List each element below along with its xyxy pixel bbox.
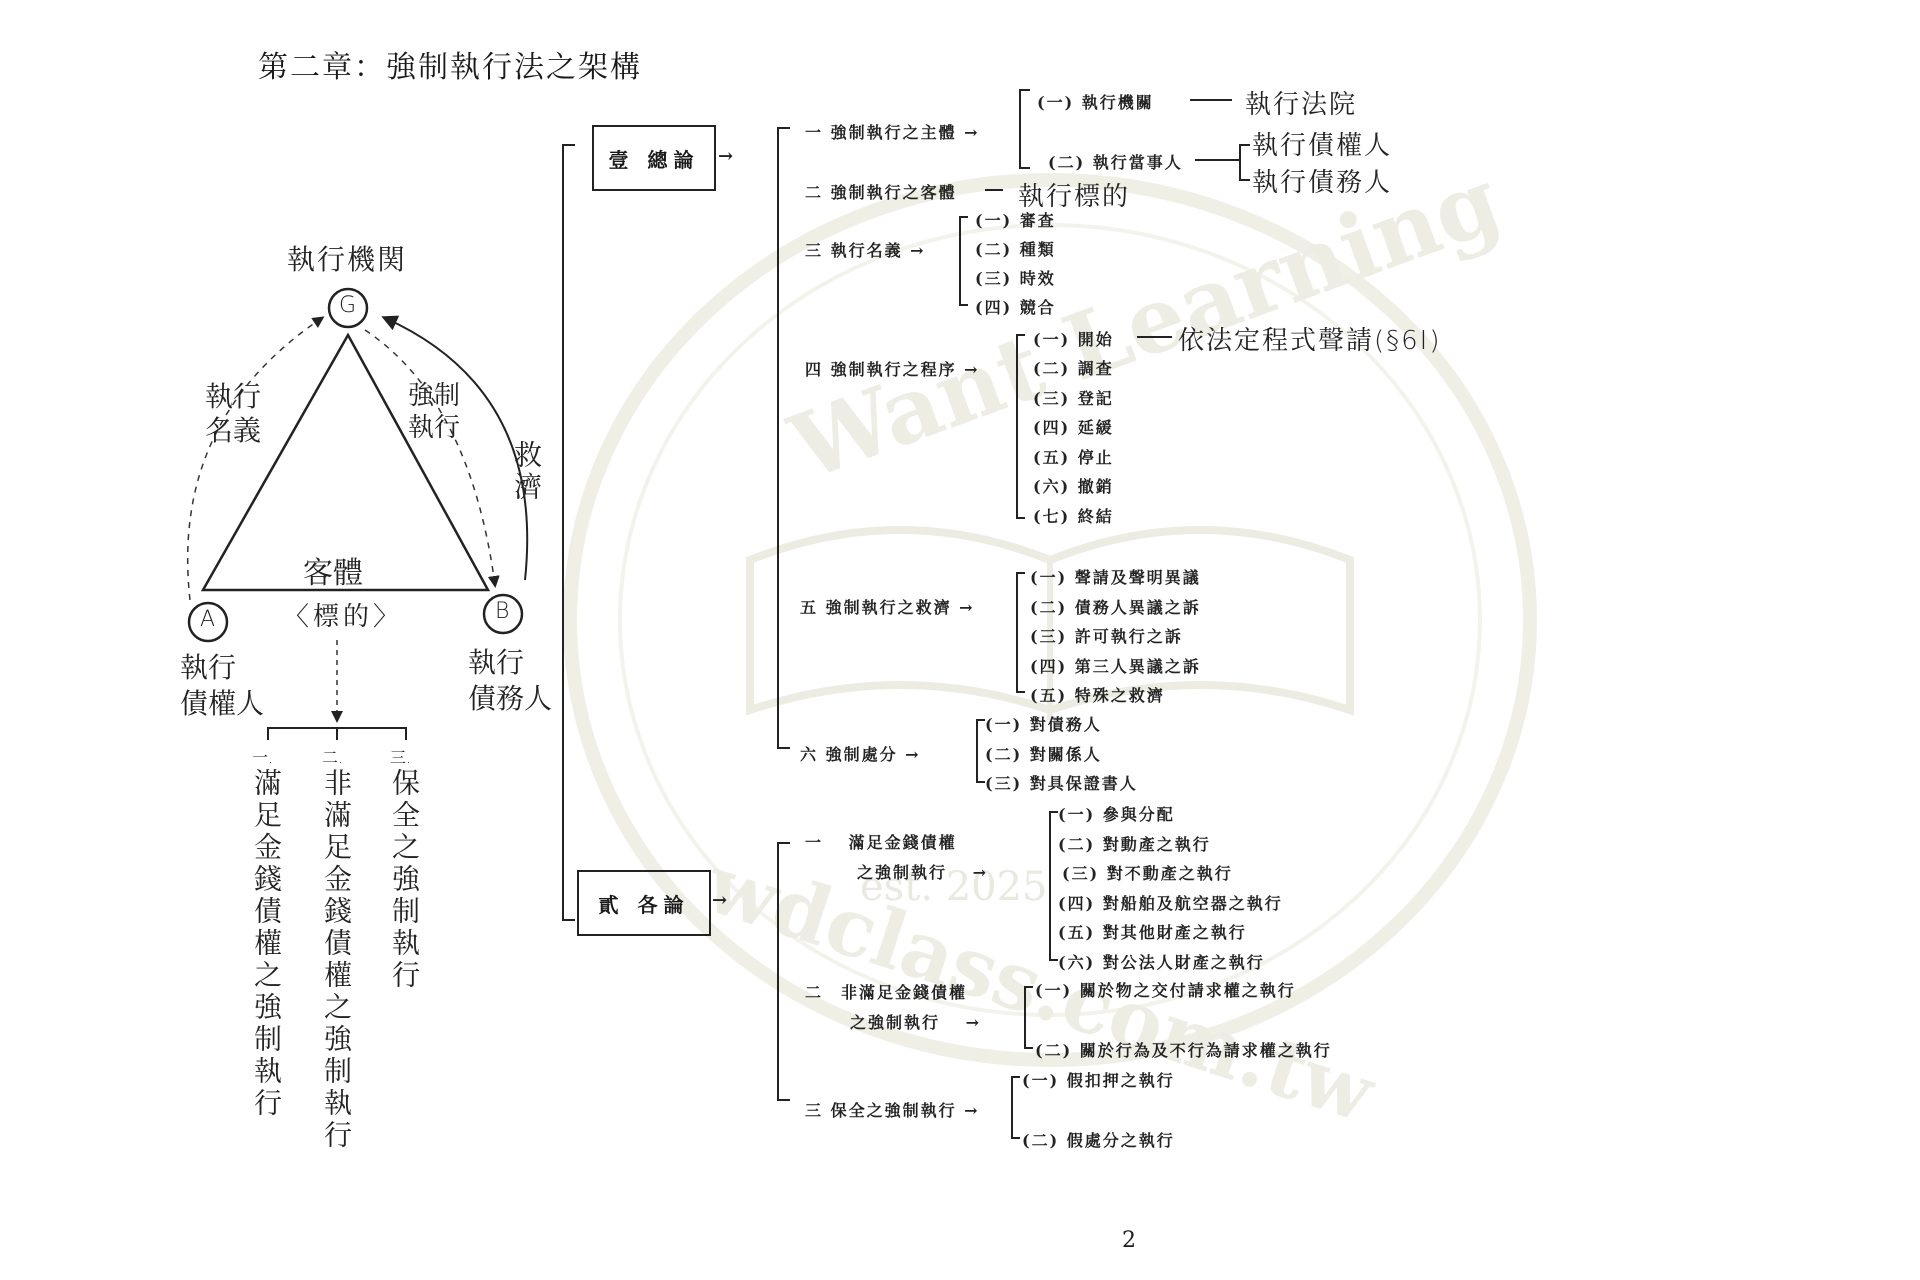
part1-general-box: 壹 總論 — [592, 125, 716, 191]
monetary-item-3: (三) 對不動產之執行 — [1062, 861, 1233, 884]
procedure-item-4: (四) 延緩 — [1033, 415, 1114, 438]
subject-item-agency: (一) 執行機關 — [1037, 90, 1154, 113]
disposition-item-1: (一) 對債務人 — [985, 712, 1102, 735]
non-monetary-item-2: (二) 關於行為及不行為請求權之執行 — [1035, 1038, 1332, 1061]
monetary-item-4: (四) 對船舶及航空器之執行 — [1058, 891, 1283, 914]
relief-item-5: (五) 特殊之救濟 — [1030, 683, 1165, 706]
part2-specific-box: 貳 各論 — [577, 870, 711, 936]
procedure-item-6: (六) 撤銷 — [1033, 474, 1114, 497]
preservation-item-1: (一) 假扣押之執行 — [1022, 1068, 1175, 1091]
title-item-2: (二) 種類 — [975, 237, 1056, 260]
monetary-item-5: (五) 對其他財產之執行 — [1058, 920, 1247, 943]
title-item-4: (四) 競合 — [975, 295, 1056, 318]
section-non-monetary: 二 非滿足金錢債權 之強制執行 → — [805, 978, 981, 1038]
section-title: 三 執行名義 → — [805, 238, 926, 261]
title-item-1: (一) 審查 — [975, 208, 1056, 231]
disposition-item-3: (三) 對具保證書人 — [985, 771, 1138, 794]
relief-item-4: (四) 第三人異議之訴 — [1030, 654, 1201, 677]
procedure-item-5: (五) 停止 — [1033, 445, 1114, 468]
page-number: 2 — [1122, 1228, 1136, 1253]
subject-item-agency-note: 執行法院 — [1245, 84, 1357, 121]
section-monetary-line2: 之強制執行 → — [805, 858, 988, 888]
section-non-monetary-line2: 之強制執行 → — [805, 1008, 981, 1038]
section-preservation: 三 保全之強制執行 → — [805, 1098, 980, 1121]
section-non-monetary-line1: 二 非滿足金錢債權 — [805, 978, 981, 1008]
part1-arrow-icon: → — [718, 146, 735, 167]
parties-note-debtor: 執行債務人 — [1252, 162, 1392, 199]
part2-arrow-icon: → — [712, 890, 729, 911]
parties-note-creditor: 執行債權人 — [1252, 125, 1392, 162]
disposition-item-2: (二) 對關係人 — [985, 742, 1102, 765]
monetary-item-6: (六) 對公法人財產之執行 — [1058, 950, 1265, 973]
procedure-item-2: (二) 調查 — [1033, 356, 1114, 379]
procedure-item-1-note: 依法定程式聲請(§6I) — [1178, 320, 1442, 357]
relief-item-1: (一) 聲請及聲明異議 — [1030, 565, 1201, 588]
section-monetary-line1: 一 滿足金錢債權 — [805, 828, 988, 858]
subject-item-parties: (二) 執行當事人 — [1048, 150, 1183, 173]
section-relief: 五 強制執行之救濟 → — [800, 595, 975, 618]
preservation-item-2: (二) 假處分之執行 — [1022, 1128, 1175, 1151]
outline-brackets — [0, 0, 1920, 1280]
procedure-item-1: (一) 開始 — [1033, 327, 1114, 350]
monetary-item-1: (一) 參與分配 — [1058, 802, 1175, 825]
relief-item-3: (三) 許可執行之訴 — [1030, 624, 1183, 647]
relief-item-2: (二) 債務人異議之訴 — [1030, 595, 1201, 618]
monetary-item-2: (二) 對動產之執行 — [1058, 832, 1211, 855]
section-subject: 一 強制執行之主體 → — [805, 120, 980, 143]
section-monetary: 一 滿足金錢債權 之強制執行 → — [805, 828, 988, 888]
non-monetary-item-1: (一) 關於物之交付請求權之執行 — [1035, 978, 1296, 1001]
procedure-item-7: (七) 終結 — [1033, 504, 1114, 527]
title-item-3: (三) 時效 — [975, 266, 1056, 289]
procedure-item-3: (三) 登記 — [1033, 386, 1114, 409]
section-disposition: 六 強制處分 → — [800, 742, 921, 765]
section-object: 二 強制執行之客體 — [805, 180, 957, 203]
section-procedure: 四 強制執行之程序 → — [805, 357, 980, 380]
